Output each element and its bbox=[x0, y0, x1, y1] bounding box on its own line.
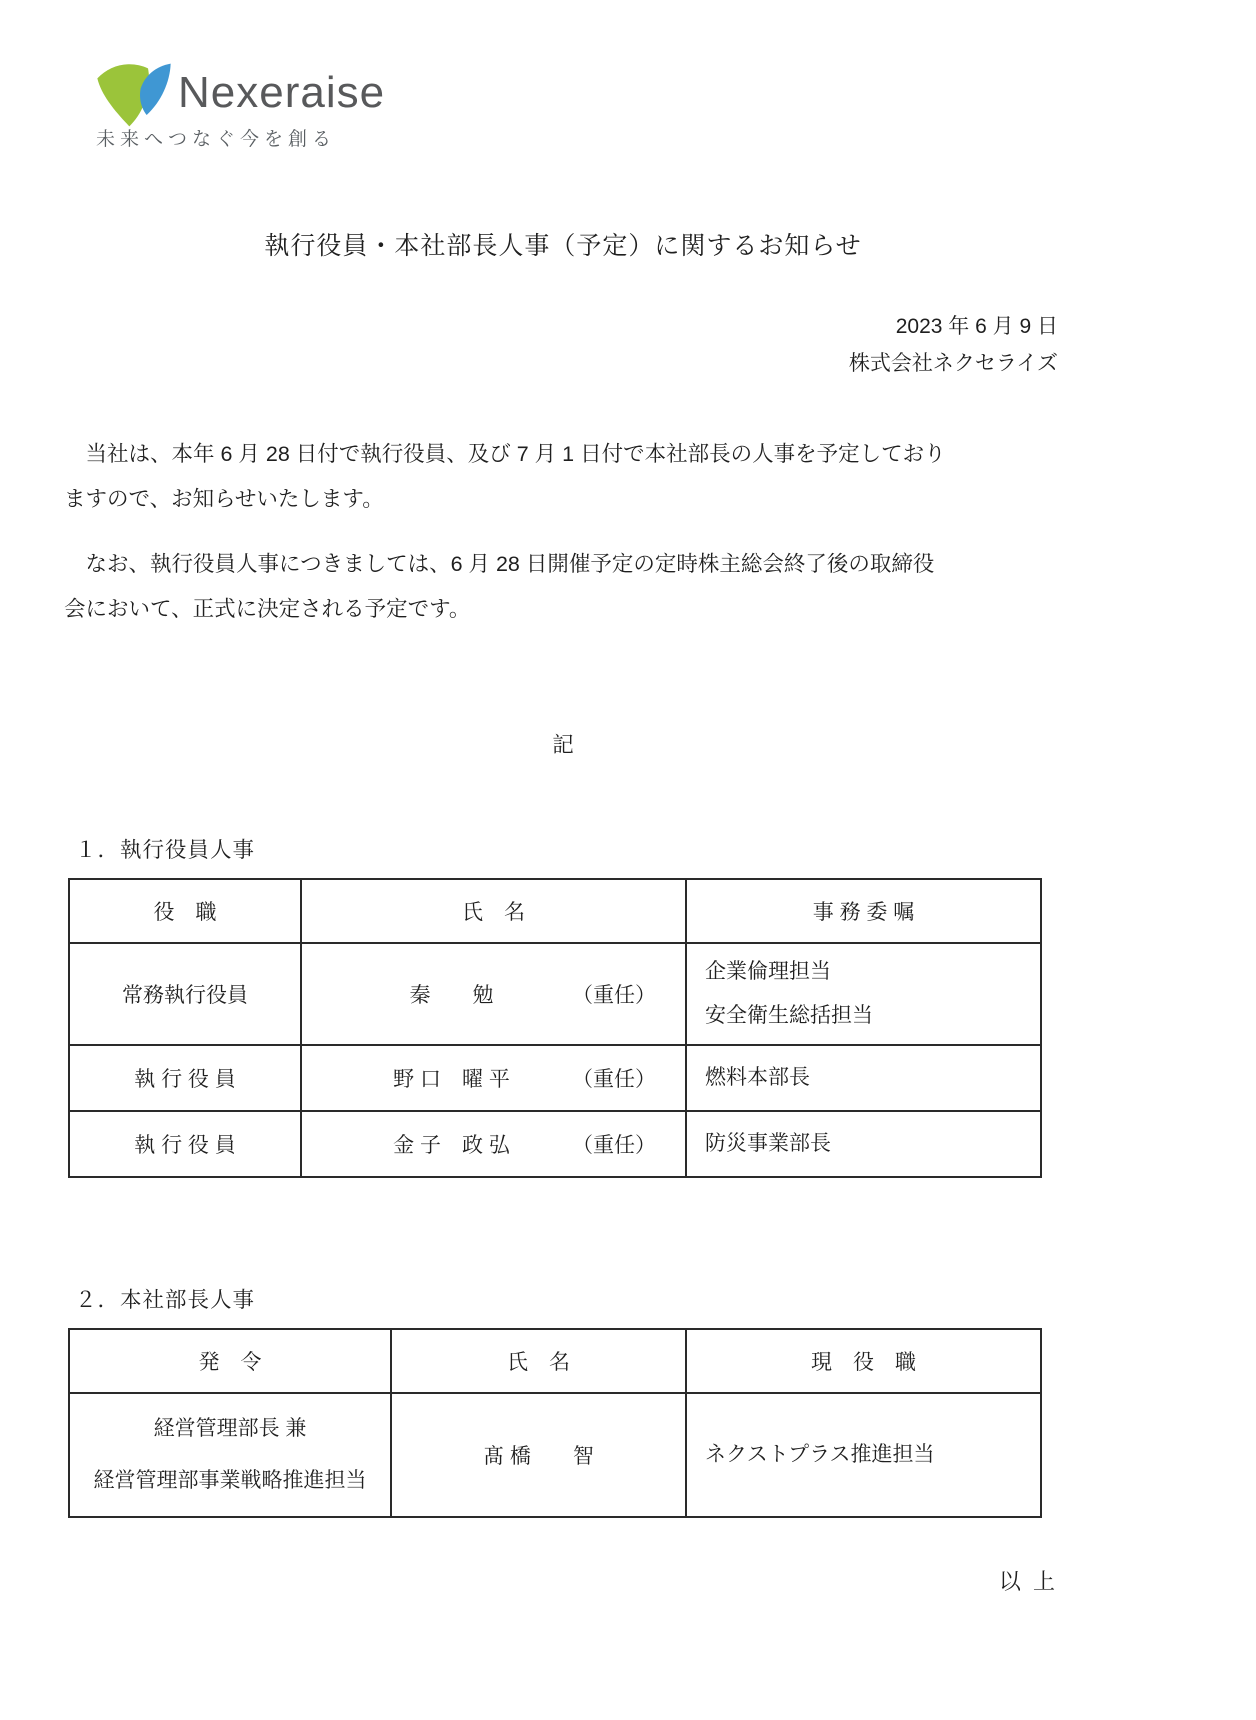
table-header-row: 役 職 氏 名 事 務 委 嘱 bbox=[69, 879, 1041, 943]
column-header-name: 氏 名 bbox=[391, 1329, 686, 1393]
position-cell: 執 行 役 員 bbox=[69, 1045, 301, 1111]
section1-heading: １．執行役員人事 bbox=[75, 833, 255, 864]
company-name: 株式会社ネクセライズ bbox=[68, 345, 1058, 382]
column-header-duty: 事 務 委 嘱 bbox=[686, 879, 1041, 943]
name-cell: 髙 橋 智 bbox=[391, 1393, 686, 1517]
closing-mark: 以 上 bbox=[68, 1565, 1058, 1596]
table-row: 常務執行役員 秦 勉 （重任） 企業倫理担当 安全衛生総括担当 bbox=[69, 943, 1041, 1045]
position-cell: 常務執行役員 bbox=[69, 943, 301, 1045]
table-header-row: 発 令 氏 名 現 役 職 bbox=[69, 1329, 1041, 1393]
executive-officers-table: 役 職 氏 名 事 務 委 嘱 常務執行役員 秦 勉 （重任） 企業倫理担当 安… bbox=[68, 878, 1042, 1178]
brand-name: Nexeraise bbox=[178, 68, 385, 118]
current-position-cell: ネクストプラス推進担当 bbox=[686, 1393, 1041, 1517]
body-paragraph-1: 当社は、本年 6 月 28 日付で執行役員、及び 7 月 1 日付で本社部長の人… bbox=[64, 432, 1066, 522]
table-row: 執 行 役 員 野 口 曜 平 （重任） 燃料本部長 bbox=[69, 1045, 1041, 1111]
position-cell: 執 行 役 員 bbox=[69, 1111, 301, 1177]
name-cell: 金 子 政 弘 （重任） bbox=[301, 1111, 686, 1177]
officer-name: 金 子 政 弘 bbox=[331, 1129, 572, 1159]
note-mark: 記 bbox=[68, 728, 1058, 759]
company-logo: Nexeraise 未来へつなぐ今を創る bbox=[92, 48, 432, 152]
column-header-current-position: 現 役 職 bbox=[686, 1329, 1041, 1393]
duty-cell: 防災事業部長 bbox=[686, 1111, 1041, 1177]
column-header-name: 氏 名 bbox=[301, 879, 686, 943]
reappointment-status: （重任） bbox=[572, 1129, 656, 1159]
body-paragraph-2: なお、執行役員人事につきましては、6 月 28 日開催予定の定時株主総会終了後の… bbox=[64, 542, 1066, 632]
column-header-position: 役 職 bbox=[69, 879, 301, 943]
document-date: 2023 年 6 月 9 日 bbox=[68, 308, 1058, 345]
document-page: Nexeraise 未来へつなぐ今を創る 執行役員・本社部長人事（予定）に関する… bbox=[0, 0, 1256, 1720]
section2-heading: ２．本社部長人事 bbox=[75, 1283, 255, 1314]
body-text: 当社は、本年 6 月 28 日付で執行役員、及び 7 月 1 日付で本社部長の人… bbox=[64, 432, 1066, 652]
table-row: 執 行 役 員 金 子 政 弘 （重任） 防災事業部長 bbox=[69, 1111, 1041, 1177]
page-title: 執行役員・本社部長人事（予定）に関するお知らせ bbox=[68, 226, 1058, 262]
officer-name: 野 口 曜 平 bbox=[331, 1063, 572, 1093]
hq-managers-table: 発 令 氏 名 現 役 職 経営管理部長 兼 経営管理部事業戦略推進担当 髙 橋… bbox=[68, 1328, 1042, 1518]
duty-cell: 燃料本部長 bbox=[686, 1045, 1041, 1111]
officer-name: 秦 勉 bbox=[331, 979, 572, 1009]
assignment-cell: 経営管理部長 兼 経営管理部事業戦略推進担当 bbox=[69, 1393, 391, 1517]
reappointment-status: （重任） bbox=[572, 979, 656, 1009]
duty-cell: 企業倫理担当 安全衛生総括担当 bbox=[686, 943, 1041, 1045]
date-block: 2023 年 6 月 9 日 株式会社ネクセライズ bbox=[68, 308, 1058, 382]
reappointment-status: （重任） bbox=[572, 1063, 656, 1093]
table-row: 経営管理部長 兼 経営管理部事業戦略推進担当 髙 橋 智 ネクストプラス推進担当 bbox=[69, 1393, 1041, 1517]
name-cell: 野 口 曜 平 （重任） bbox=[301, 1045, 686, 1111]
column-header-assignment: 発 令 bbox=[69, 1329, 391, 1393]
brand-tagline: 未来へつなぐ今を創る bbox=[96, 124, 336, 151]
name-cell: 秦 勉 （重任） bbox=[301, 943, 686, 1045]
